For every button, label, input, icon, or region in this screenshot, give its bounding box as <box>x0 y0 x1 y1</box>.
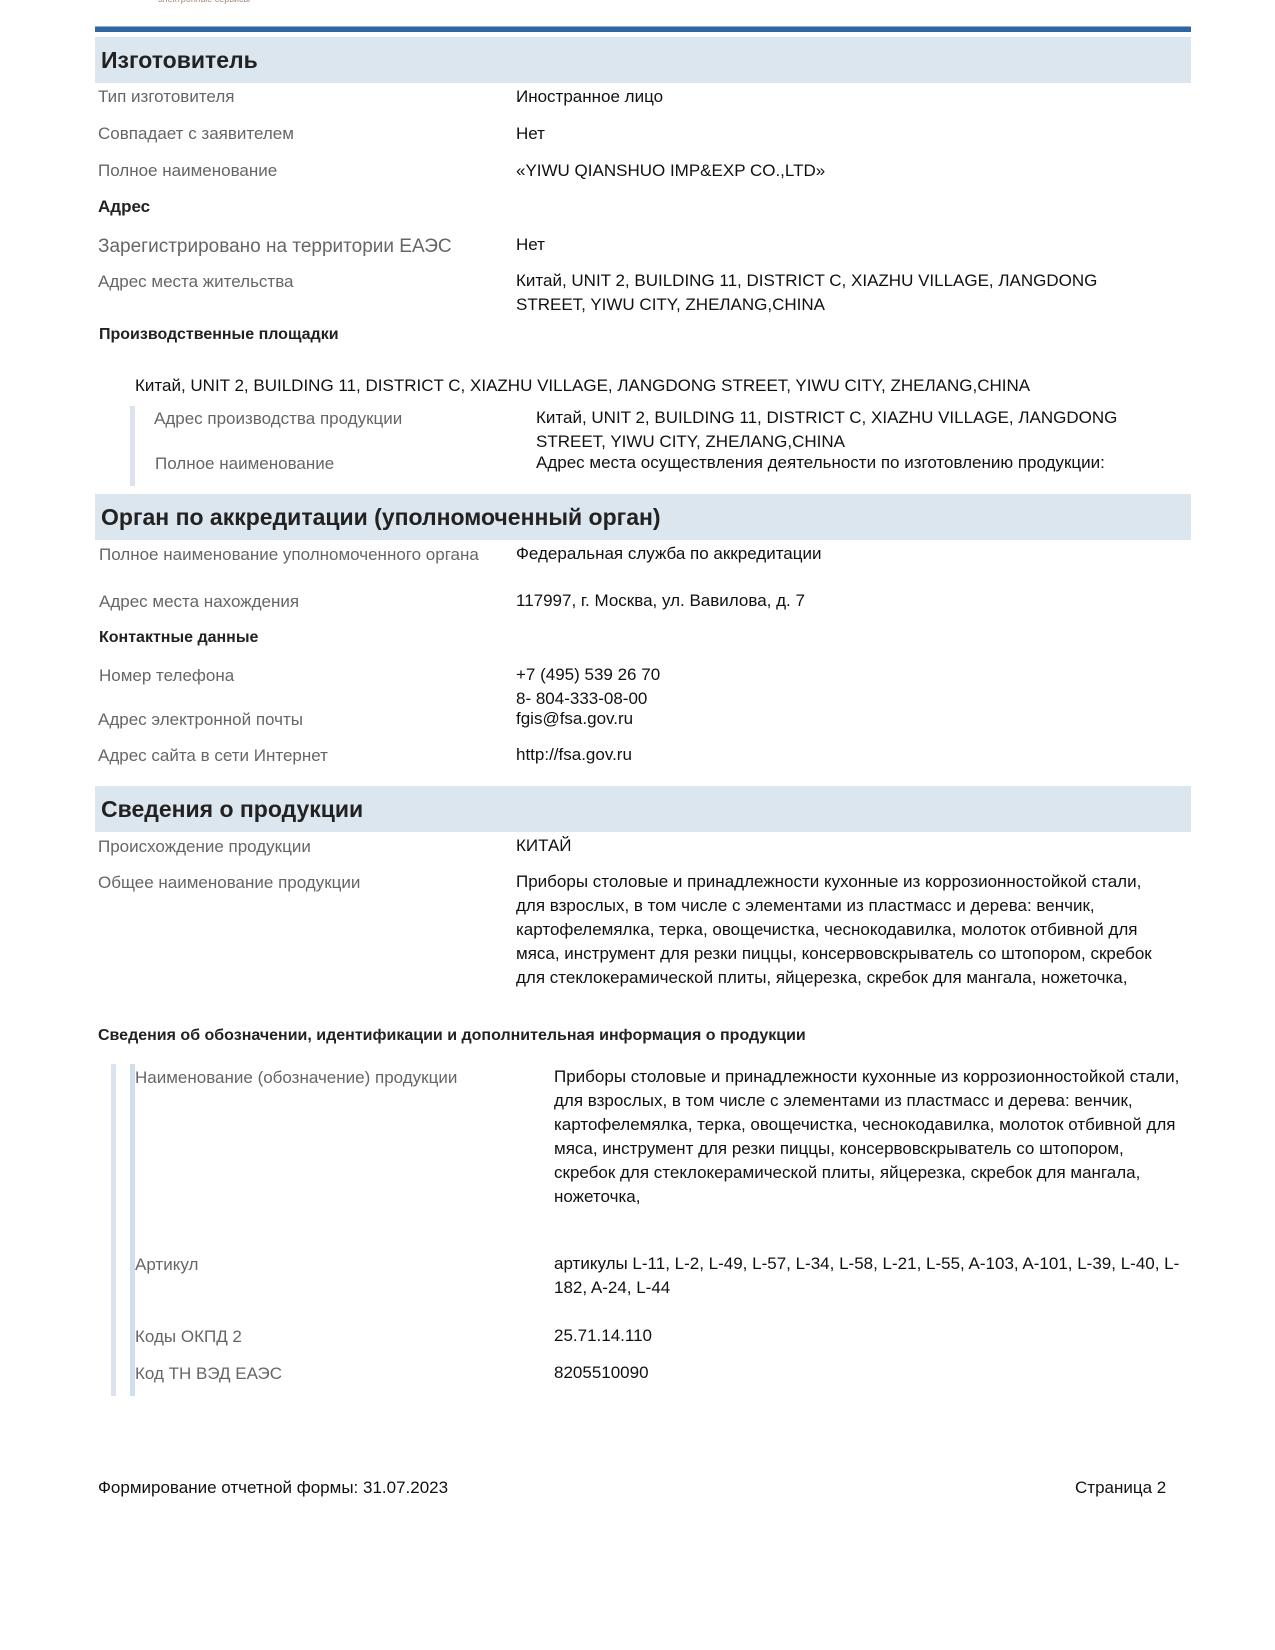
field-label-tn-ved: Код ТН ВЭД ЕАЭС <box>135 1364 282 1384</box>
field-value-full-name: «YIWU QIANSHUO IMP&EXP CO.,LTD» <box>516 159 825 183</box>
address-heading: Адрес <box>98 197 150 217</box>
field-value-article: артикулы L-11, L-2, L-49, L-57, L-34, L-… <box>554 1252 1184 1300</box>
field-label-product-general-name: Общее наименование продукции <box>98 873 360 893</box>
field-label-product-designation: Наименование (обозначение) продукции <box>135 1068 457 1088</box>
contacts-heading: Контактные данные <box>99 629 258 647</box>
section-header-product: Сведения о продукции <box>95 786 1191 832</box>
ident-block-outer-border <box>111 1064 116 1396</box>
production-site-title: Китай, UNIT 2, BUILDING 11, DISTRICT C, … <box>135 374 1030 398</box>
field-value-website[interactable]: http://fsa.gov.ru <box>516 743 632 767</box>
field-label-email: Адрес электронной почты <box>98 710 303 730</box>
top-rule-divider <box>95 26 1191 32</box>
field-value-okpd2: 25.71.14.110 <box>554 1324 652 1348</box>
field-value-same-as-applicant: Нет <box>516 122 545 146</box>
identification-heading: Сведения об обозначении, идентификации и… <box>98 1027 806 1045</box>
field-label-same-as-applicant: Совпадает с заявителем <box>98 124 294 144</box>
field-label-full-name: Полное наименование <box>98 161 277 181</box>
field-value-production-address: Китай, UNIT 2, BUILDING 11, DISTRICT C, … <box>536 406 1166 454</box>
field-value-residence-address: Китай, UNIT 2, BUILDING 11, DISTRICT C, … <box>516 269 1156 317</box>
field-label-article: Артикул <box>135 1255 198 1275</box>
field-value-tn-ved: 8205510090 <box>554 1361 649 1385</box>
field-label-phone: Номер телефона <box>99 666 234 686</box>
field-label-location-address: Адрес места нахождения <box>99 592 299 612</box>
section-header-accreditation: Орган по аккредитации (уполномоченный ор… <box>95 494 1191 540</box>
logo-caption: электронные сервисы <box>158 0 250 4</box>
section-header-manufacturer: Изготовитель <box>95 37 1191 83</box>
field-value-email[interactable]: fgis@fsa.gov.ru <box>516 707 633 731</box>
field-label-manufacturer-type: Тип изготовителя <box>98 87 234 107</box>
field-label-website: Адрес сайта в сети Интернет <box>98 746 328 766</box>
field-value-phone: +7 (495) 539 26 70 <box>516 663 660 687</box>
field-value-product-general-name: Приборы столовые и принадлежности кухонн… <box>516 870 1164 990</box>
field-label-registered-eaeu: Зарегистрировано на территории ЕАЭС <box>98 236 452 258</box>
field-value-product-origin: КИТАЙ <box>516 834 572 858</box>
field-label-product-origin: Происхождение продукции <box>98 837 311 857</box>
field-label-residence-address: Адрес места жительства <box>98 272 294 292</box>
field-label-production-address: Адрес производства продукции <box>154 409 402 429</box>
site-block-border <box>130 406 135 486</box>
field-value-registered-eaeu: Нет <box>516 233 545 257</box>
field-label-authority-name: Полное наименование уполномоченного орга… <box>99 545 479 565</box>
footer-generated-date: Формирование отчетной формы: 31.07.2023 <box>98 1478 448 1498</box>
field-label-okpd2: Коды ОКПД 2 <box>135 1327 242 1347</box>
field-value-manufacturer-type: Иностранное лицо <box>516 85 663 109</box>
field-value-authority-name: Федеральная служба по аккредитации <box>516 542 821 566</box>
field-value-location-address: 117997, г. Москва, ул. Вавилова, д. 7 <box>516 589 805 613</box>
field-label-site-full-name: Полное наименование <box>155 454 334 474</box>
field-value-product-designation: Приборы столовые и принадлежности кухонн… <box>554 1065 1184 1209</box>
footer-page-number: Страница 2 <box>1075 1478 1166 1498</box>
production-sites-heading: Производственные площадки <box>99 326 339 344</box>
field-value-site-full-name: Адрес места осуществления деятельности п… <box>536 451 1105 475</box>
